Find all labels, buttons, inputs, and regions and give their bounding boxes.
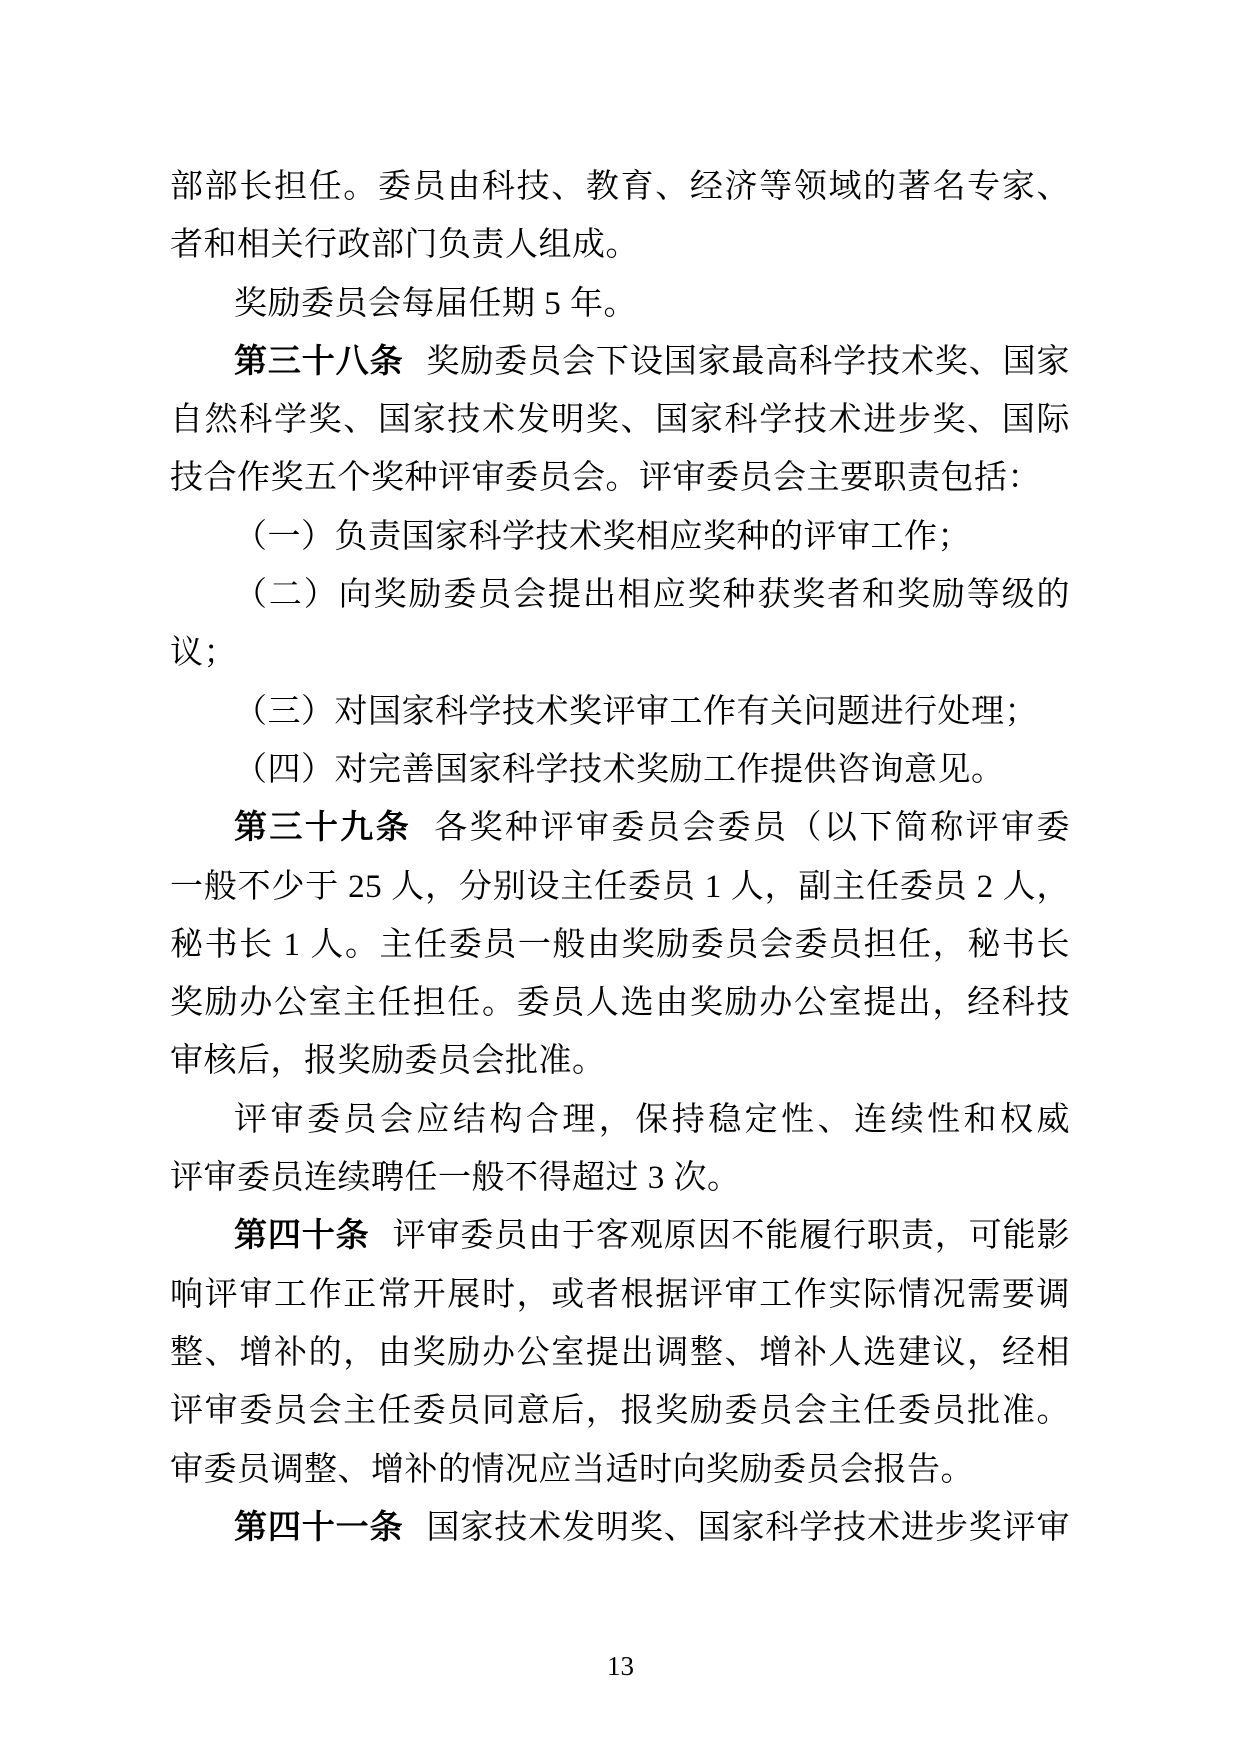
text-line: （二）向奖励委员会提出相应奖种获奖者和奖励等级的建	[170, 566, 1070, 624]
article-text: 评审委员由于客观原因不能履行职责，可能影	[393, 1218, 1070, 1254]
text-line: （三）对国家科学技术奖评审工作有关问题进行处理；	[170, 683, 1070, 741]
article-number: 第三十八条	[234, 344, 403, 380]
text-line: 评审委员会主任委员同意后，报奖励委员会主任委员批准。评	[170, 1382, 1070, 1440]
text-line: 评审委员会应结构合理，保持稳定性、连续性和权威性。	[170, 1091, 1070, 1149]
article-number: 第四十一条	[234, 1510, 403, 1546]
text-line: 部部长担任。委员由科技、教育、经济等领域的著名专家、学	[170, 158, 1070, 216]
article-number: 第三十九条	[234, 810, 411, 846]
text-line: 奖励办公室主任担任。委员人选由奖励办公室提出，经科技部	[170, 974, 1070, 1032]
text-line: 一般不少于 25 人，分别设主任委员 1 人，副主任委员 2 人，	[170, 858, 1070, 916]
text-line: 第四十条评审委员由于客观原因不能履行职责，可能影	[170, 1207, 1070, 1265]
text-line: 秘书长 1 人。主任委员一般由奖励委员会委员担任，秘书长由	[170, 916, 1070, 974]
text-line: 审委员调整、增补的情况应当适时向奖励委员会报告。	[170, 1441, 1070, 1499]
article-number: 第四十条	[234, 1218, 370, 1254]
article-text: 奖励委员会下设国家最高科学技术奖、国家	[426, 344, 1070, 380]
text-line: 奖励委员会每届任期 5 年。	[170, 275, 1070, 333]
text-line: 第三十八条奖励委员会下设国家最高科学技术奖、国家	[170, 333, 1070, 391]
text-line: 第三十九条各奖种评审委员会委员（以下简称评审委员）	[170, 799, 1070, 857]
text-line: 者和相关行政部门负责人组成。	[170, 216, 1070, 274]
text-line: 整、增补的，由奖励办公室提出调整、增补人选建议，经相关	[170, 1324, 1070, 1382]
text-line: 响评审工作正常开展时，或者根据评审工作实际情况需要调	[170, 1266, 1070, 1324]
text-line: （四）对完善国家科学技术奖励工作提供咨询意见。	[170, 741, 1070, 799]
text-line: （一）负责国家科学技术奖相应奖种的评审工作；	[170, 508, 1070, 566]
text-line: 评审委员连续聘任一般不得超过 3 次。	[170, 1149, 1070, 1207]
page-number: 13	[0, 1646, 1241, 1686]
text-line: 自然科学奖、国家技术发明奖、国家科学技术进步奖、国际科	[170, 391, 1070, 449]
text-line: 第四十一条国家技术发明奖、国家科学技术进步奖评审	[170, 1499, 1070, 1557]
text-line: 审核后，报奖励委员会批准。	[170, 1032, 1070, 1090]
article-text: 国家技术发明奖、国家科学技术进步奖评审	[426, 1510, 1070, 1546]
text-line: 议；	[170, 624, 1070, 682]
document-text-block: 部部长担任。委员由科技、教育、经济等领域的著名专家、学者和相关行政部门负责人组成…	[170, 158, 1070, 1557]
text-line: 技合作奖五个奖种评审委员会。评审委员会主要职责包括：	[170, 449, 1070, 507]
document-page: 部部长担任。委员由科技、教育、经济等领域的著名专家、学者和相关行政部门负责人组成…	[0, 0, 1241, 1754]
